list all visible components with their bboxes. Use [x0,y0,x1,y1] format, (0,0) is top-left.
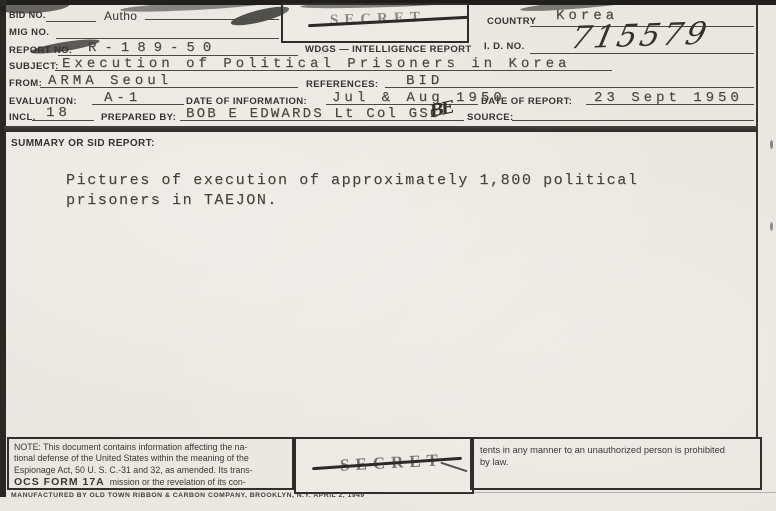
from-label: FROM: [9,78,42,89]
continuation-line-2: by law. [480,456,752,468]
note-line: Espionage Act, 50 U. S. C.-31 and 32, as… [14,465,287,476]
source-line [512,120,754,121]
summary-line-1: Pictures of execution of approximately 1… [66,172,638,189]
incl-line [32,120,94,121]
report-no-value: R-189-50 [88,40,219,56]
prepared-by-line [180,120,464,121]
note-line: NOTE: This document contains information… [14,442,287,453]
mig-no-label: MIG NO. [9,27,49,38]
document-right-border [756,4,758,437]
continuation-line-1: tents in any manner to an unauthorized p… [480,444,752,456]
footer-top-tick [380,492,776,493]
subject-label: SUBJECT: [9,61,59,72]
incl-value: 18 [46,105,71,121]
mig-no-line [56,38,279,39]
bid-no-line [46,21,96,22]
date-info-line [326,104,478,105]
id-no-label: I. D. NO. [484,41,525,52]
scan-edge-left [0,0,6,497]
continuation-note-box: tents in any manner to an unauthorized p… [470,437,762,490]
summary-line-2: prisoners in TAEJON. [66,192,278,209]
date-report-label: DATE OF REPORT: [481,96,572,107]
form-number: OCS FORM 17A [14,476,105,488]
scan-artifact [770,222,773,231]
scan-artifact [770,140,773,149]
org-line: WDGS — INTELLIGENCE REPORT [305,44,472,55]
note-line: tional defense of the United States with… [14,453,287,464]
subject-line [55,70,612,71]
references-line [385,87,754,88]
id-no-line [530,53,754,54]
prepared-by-label: PREPARED BY: [101,112,176,123]
autho-label: Autho [104,9,137,23]
section-divider [4,126,758,132]
security-note-box: NOTE: This document contains information… [7,437,294,490]
id-no-value-handwritten: 715579 [568,16,713,57]
date-report-line [586,104,754,105]
incl-label: INCL. [9,112,36,123]
autho-line [145,19,279,20]
country-label: COUNTRY [487,16,536,27]
note-line-4-text: mission or the revelation of its con- [110,477,246,487]
evaluation-line [92,104,184,105]
note-line-4: OCS FORM 17Amission or the revelation of… [14,476,287,490]
references-label: REFERENCES: [306,79,379,90]
bid-no-label: BID NO. [9,10,46,20]
from-line [40,87,298,88]
source-label: SOURCE: [467,112,514,123]
scanned-intelligence-report: BID NO. Autho SECRET COUNTRY Korea MIG N… [0,0,776,511]
manufacturer-line: MANUFACTURED BY OLD TOWN RIBBON & CARBON… [11,492,365,499]
summary-label: SUMMARY OR SID REPORT: [11,138,155,149]
signature-scribble: BE [428,98,453,122]
